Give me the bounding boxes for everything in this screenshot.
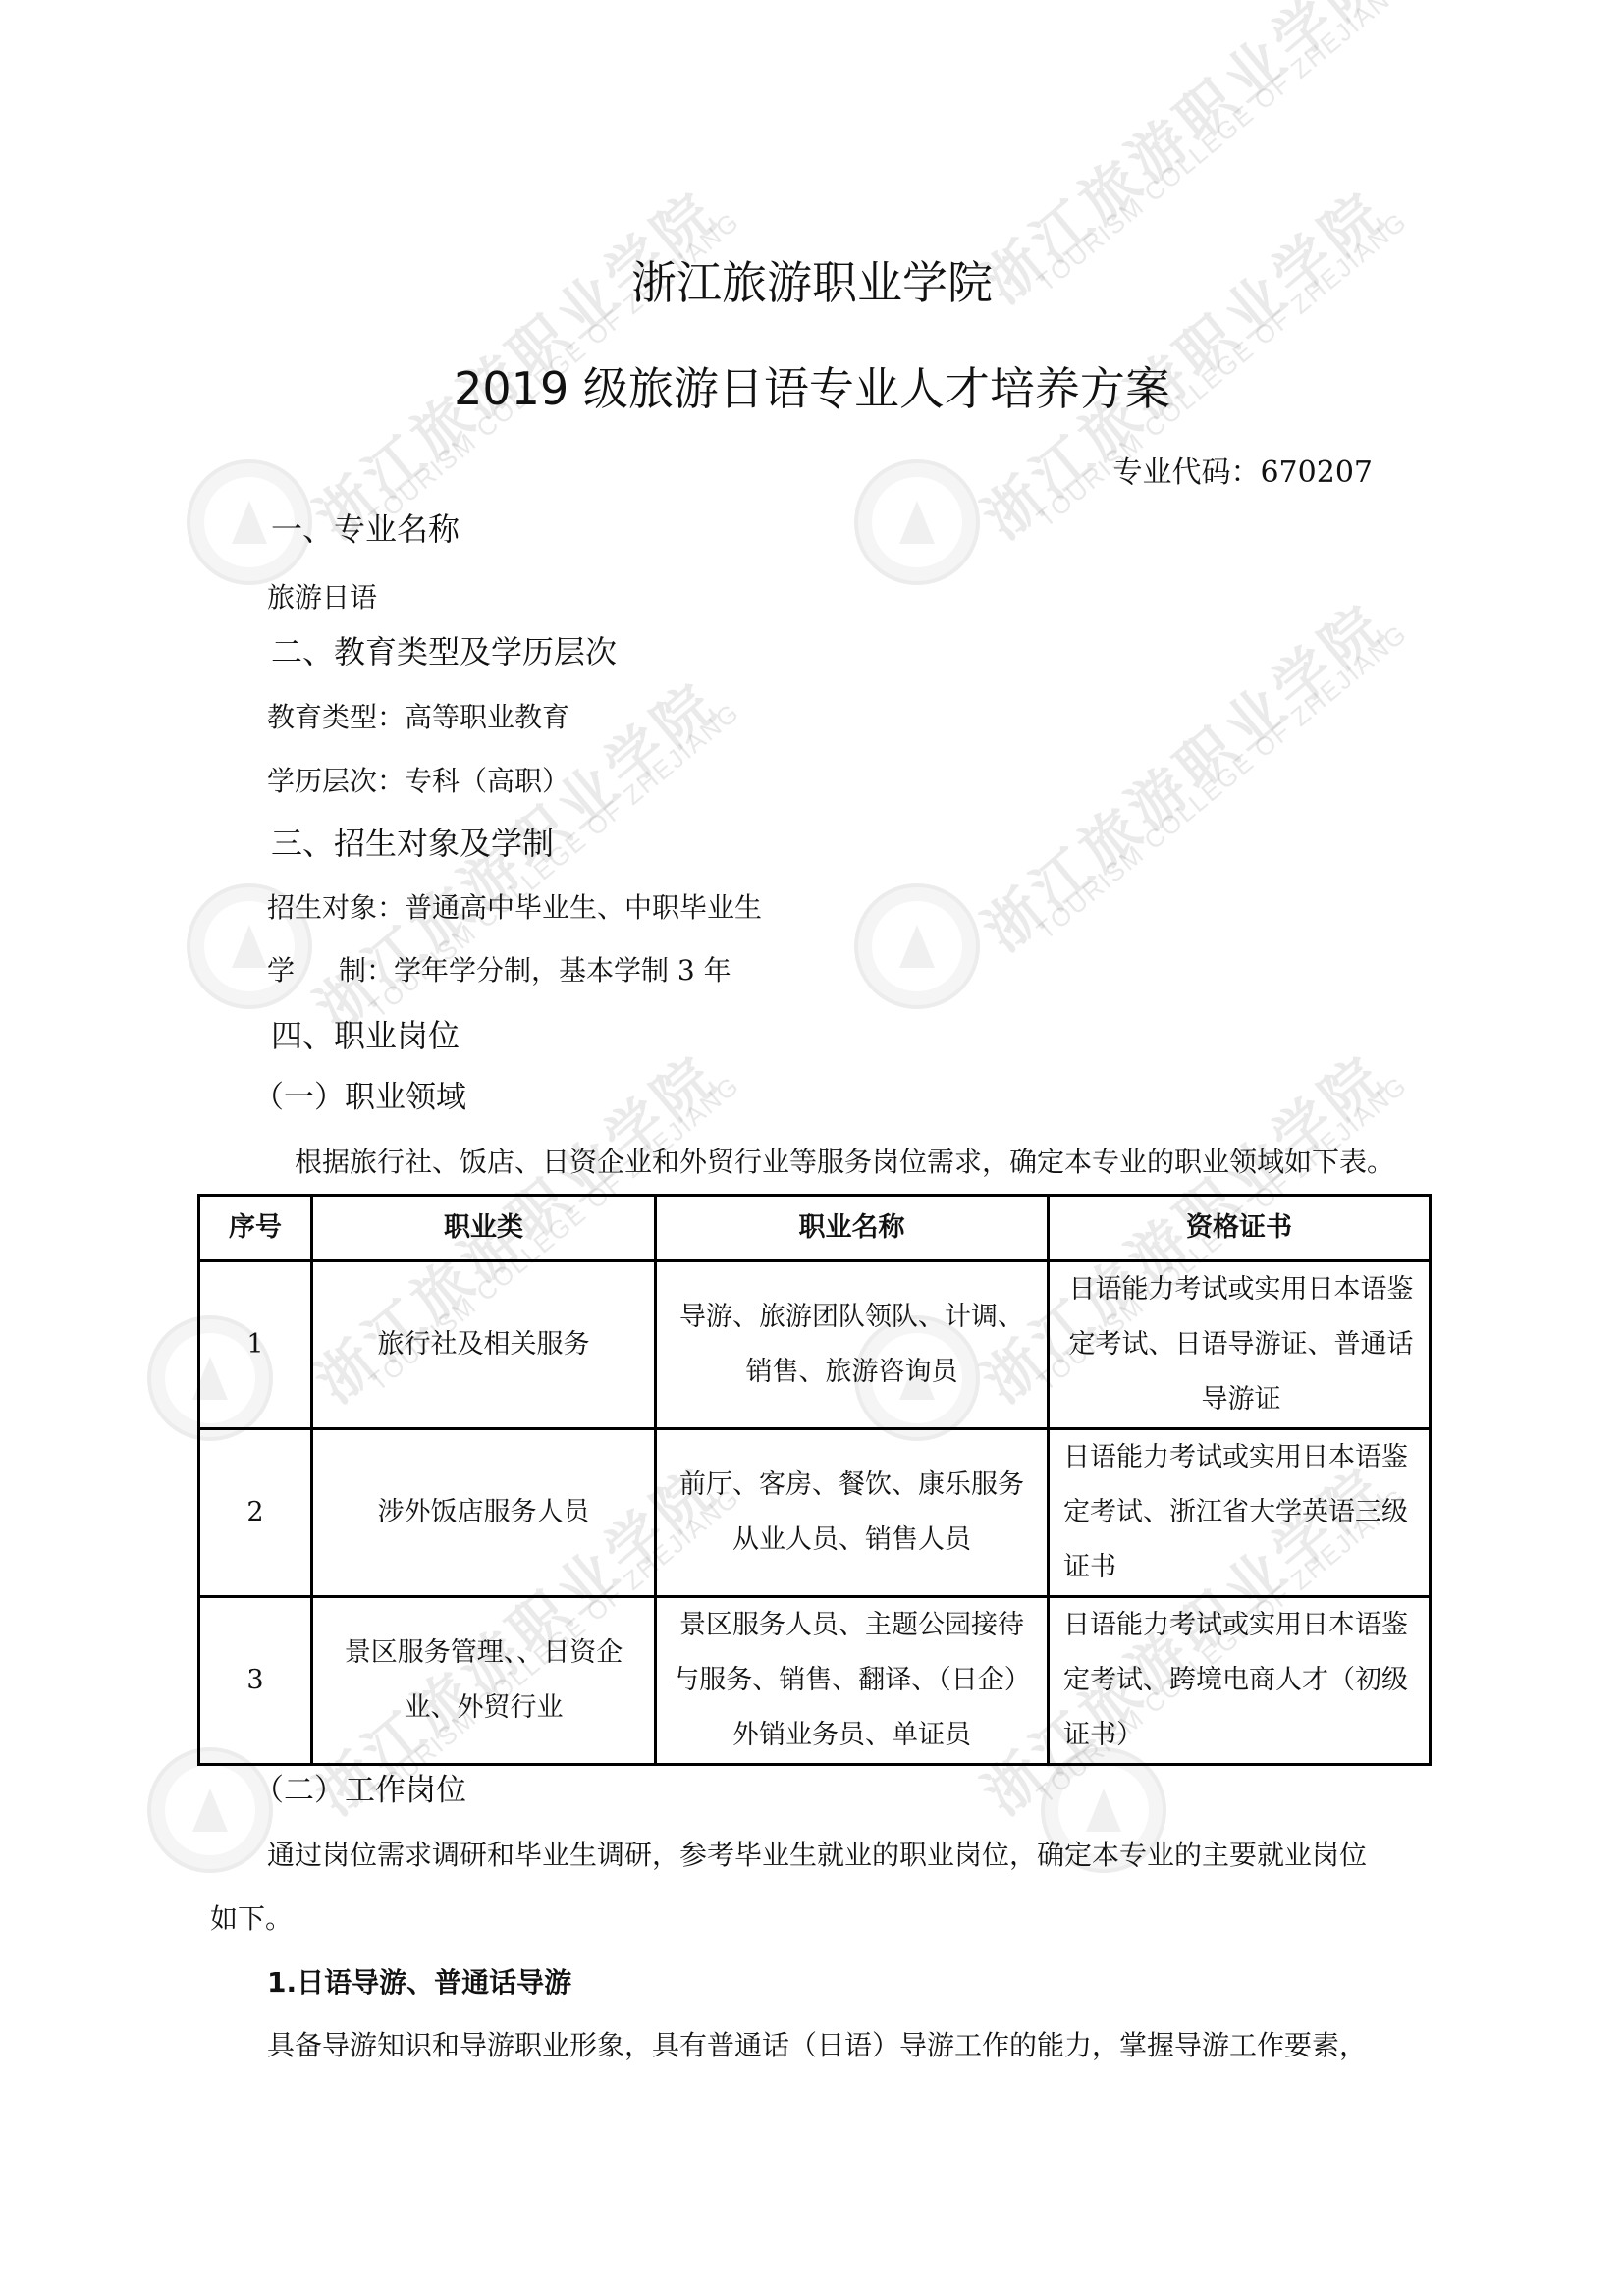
cell-category: 旅行社及相关服务 [312, 1261, 656, 1429]
major-name: 旅游日语 [267, 578, 377, 617]
seal-watermark-icon [854, 459, 980, 585]
subsection-heading-work-positions: （二）工作岗位 [253, 1769, 466, 1812]
work-positions-intro-line2: 如下。 [210, 1899, 293, 1939]
study-system: 制：学年学分制，基本学制 3 年 [339, 951, 731, 990]
cell-positions: 前厅、客房、餐饮、康乐服务从业人员、销售人员 [656, 1429, 1049, 1597]
document-title: 浙江旅游职业学院 [0, 253, 1624, 312]
cell-no: 3 [199, 1597, 312, 1765]
position-item-heading: 1.日语导游、普通话导游 [267, 1963, 571, 2002]
header-no: 序号 [199, 1196, 312, 1261]
seal-watermark-icon [854, 883, 980, 1009]
education-level: 学历层次：专科（高职） [267, 762, 569, 801]
work-positions-intro-line1: 通过岗位需求调研和毕业生调研，参考毕业生就业的职业岗位，确定本专业的主要就业岗位 [267, 1836, 1367, 1875]
cell-certificates: 日语能力考试或实用日本语鉴定考试、日语导游证、普通话导游证 [1049, 1261, 1431, 1429]
cell-positions: 景区服务人员、主题公园接待与服务、销售、翻译、（日企）外销业务员、单证员 [656, 1597, 1049, 1765]
cell-category: 景区服务管理、、日资企业、外贸行业 [312, 1597, 656, 1765]
subsection-heading-occupation-field: （一）职业领域 [253, 1076, 466, 1119]
cell-certificates: 日语能力考试或实用日本语鉴定考试、跨境电商人才（初级证书） [1049, 1597, 1431, 1765]
document-page: 浙江旅游职业学院 TOURISM COLLEGE OF ZHEJIANG 浙江旅… [0, 0, 1624, 2296]
cell-category: 涉外饭店服务人员 [312, 1429, 656, 1597]
cell-certificates: 日语能力考试或实用日本语鉴定考试、浙江省大学英语三级证书 [1049, 1429, 1431, 1597]
section-heading-3: 三、招生对象及学制 [271, 822, 554, 865]
cell-no: 2 [199, 1429, 312, 1597]
study-system-label: 学 [267, 951, 295, 990]
education-type: 教育类型：高等职业教育 [267, 698, 569, 737]
table-header-row: 序号 职业类 职业名称 资格证书 [199, 1196, 1431, 1261]
position-item-text: 具备导游知识和导游职业形象，具有普通话（日语）导游工作的能力，掌握导游工作要素， [267, 2026, 1367, 2065]
header-certificates: 资格证书 [1049, 1196, 1431, 1261]
table-row: 1 旅行社及相关服务 导游、旅游团队领队、计调、销售、旅游咨询员 日语能力考试或… [199, 1261, 1431, 1429]
table-row: 2 涉外饭店服务人员 前厅、客房、餐饮、康乐服务从业人员、销售人员 日语能力考试… [199, 1429, 1431, 1597]
enrollment-target: 招生对象：普通高中毕业生、中职毕业生 [267, 888, 762, 928]
watermark-subtext: TOURISM COLLEGE OF ZHEJIANG [1031, 618, 1414, 946]
header-positions: 职业名称 [656, 1196, 1049, 1261]
major-code: 专业代码：670207 [1112, 454, 1373, 493]
section-heading-4: 四、职业岗位 [271, 1014, 460, 1057]
section-heading-2: 二、教育类型及学历层次 [271, 630, 617, 673]
watermark-text: 浙江旅游职业学院 [962, 580, 1400, 966]
occupation-table: 序号 职业类 职业名称 资格证书 1 旅行社及相关服务 导游、旅游团队领队、计调… [197, 1194, 1432, 1766]
occupation-field-intro: 根据旅行社、饭店、日资企业和外贸行业等服务岗位需求，确定本专业的职业领域如下表。 [295, 1143, 1394, 1182]
cell-no: 1 [199, 1261, 312, 1429]
document-subtitle: 2019 级旅游日语专业人才培养方案 [0, 359, 1624, 418]
header-category: 职业类 [312, 1196, 656, 1261]
table-row: 3 景区服务管理、、日资企业、外贸行业 景区服务人员、主题公园接待与服务、销售、… [199, 1597, 1431, 1765]
cell-positions: 导游、旅游团队领队、计调、销售、旅游咨询员 [656, 1261, 1049, 1429]
section-heading-1: 一、专业名称 [271, 507, 460, 551]
